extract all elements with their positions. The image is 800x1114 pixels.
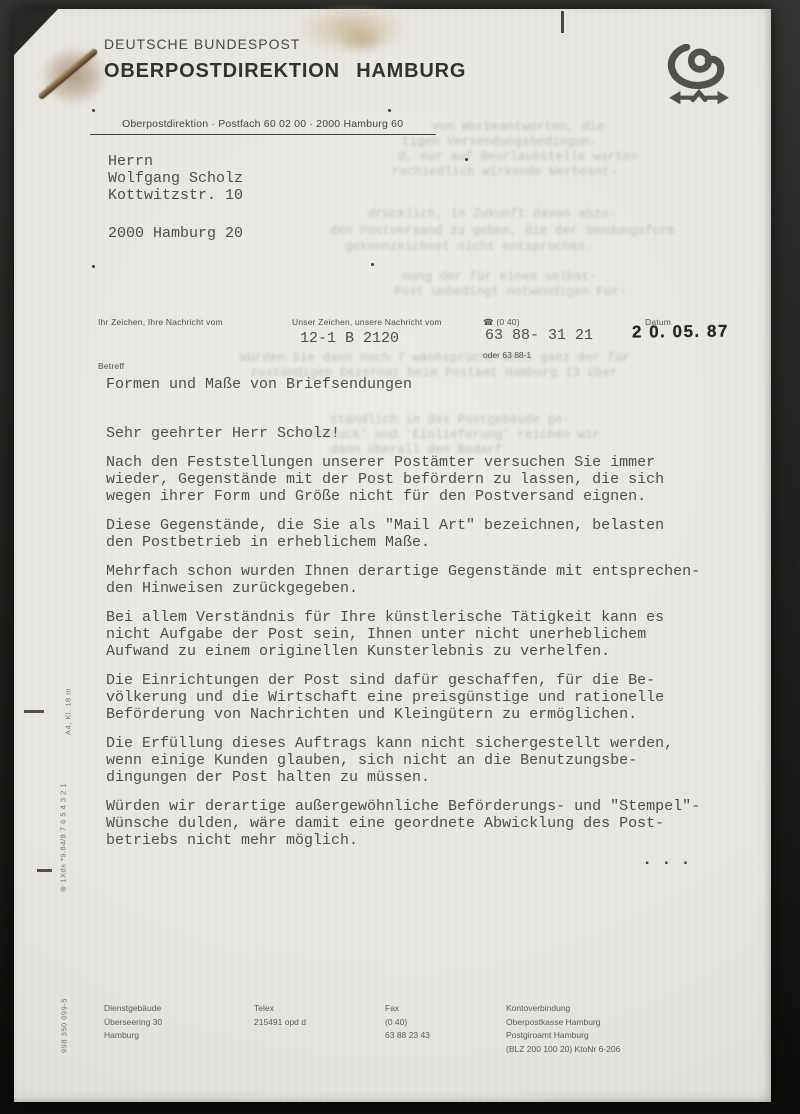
fold-mark bbox=[24, 710, 44, 713]
footer-line: Hamburg bbox=[104, 1029, 162, 1043]
rust-stain bbox=[40, 46, 108, 106]
fold-mark bbox=[37, 869, 52, 872]
footer-line: Kontoverbindung bbox=[506, 1002, 620, 1016]
margin-code-mid: ⊛ 1Xds *9.84/8 7 6 5 4 3 2 1 bbox=[59, 776, 68, 900]
paragraph-line: Nach den Feststellungen unserer Postämte… bbox=[106, 454, 706, 471]
margin-code-bottom: 998 350 099-5 bbox=[60, 998, 69, 1054]
our-ref-value: 12-1 B 2120 bbox=[300, 330, 399, 347]
footer-line: Überseering 30 bbox=[104, 1016, 162, 1030]
layout-dot-mark bbox=[465, 158, 468, 161]
footer-telex: Telex215491 opd d bbox=[254, 1002, 306, 1029]
posthorn-icon bbox=[666, 44, 732, 104]
paragraph: Diese Gegenstände, die Sie als "Mail Art… bbox=[106, 517, 706, 551]
subject-text: Formen und Maße von Briefsendungen bbox=[106, 376, 412, 393]
paper-stain bbox=[338, 26, 386, 54]
paragraph: Die Einrichtungen der Post sind dafür ge… bbox=[106, 672, 706, 723]
paragraph-line: Wünsche dulden, wäre damit eine geordnet… bbox=[106, 815, 706, 832]
paragraph-line: nicht Aufgabe der Post sein, Ihnen unter… bbox=[106, 626, 706, 643]
recipient-address-line: Herrn bbox=[108, 153, 243, 170]
layout-dot-mark bbox=[388, 109, 391, 112]
footer-line: Telex bbox=[254, 1002, 306, 1016]
our-ref-label: Unser Zeichen, unsere Nachricht vom bbox=[292, 317, 442, 327]
paragraph-line: wenn einige Kunden glauben, sich nicht a… bbox=[106, 752, 706, 769]
paragraph-line: völkerung und die Wirtschaft eine preisg… bbox=[106, 689, 706, 706]
letter-body: Sehr geehrter Herr Scholz! Nach den Fest… bbox=[106, 425, 706, 861]
org-name-large: OBERPOSTDIREKTION HAMBURG bbox=[104, 60, 466, 83]
footer-line: Fax bbox=[385, 1002, 430, 1016]
paragraph-line: Bei allem Verständnis für Ihre künstleri… bbox=[106, 609, 706, 626]
paragraph-line: Beförderung von Nachrichten und Kleingüt… bbox=[106, 706, 706, 723]
footer-line: Dienstgebäude bbox=[104, 1002, 162, 1016]
paragraph-line: den Postbetrieb in erheblichem Maße. bbox=[106, 534, 706, 551]
paragraph-line: Würden wir derartige außergewöhnliche Be… bbox=[106, 798, 706, 815]
paragraph-line: Mehrfach schon wurden Ihnen derartige Ge… bbox=[106, 563, 706, 580]
paragraph-line: wegen ihrer Form und Größe nicht für den… bbox=[106, 488, 706, 505]
your-ref-label: Ihr Zeichen, Ihre Nachricht vom bbox=[98, 317, 223, 327]
body-paragraphs: Nach den Feststellungen unserer Postämte… bbox=[106, 454, 706, 849]
paragraph-line: Die Erfüllung dieses Auftrags kann nicht… bbox=[106, 735, 706, 752]
paragraph: Würden wir derartige außergewöhnliche Be… bbox=[106, 798, 706, 849]
recipient-address: HerrnWolfgang ScholzKottwitzstr. 102000 … bbox=[108, 153, 243, 242]
footer-line: Oberpostkasse Hamburg bbox=[506, 1016, 620, 1030]
paragraph: Mehrfach schon wurden Ihnen derartige Ge… bbox=[106, 563, 706, 597]
paragraph-line: Diese Gegenstände, die Sie als "Mail Art… bbox=[106, 517, 706, 534]
footer-line: 215491 opd d bbox=[254, 1016, 306, 1030]
footer-fax: Fax(0 40)63 88 23 43 bbox=[385, 1002, 430, 1043]
paragraph-line: betriebs nicht mehr möglich. bbox=[106, 832, 706, 849]
footer-line: (0 40) bbox=[385, 1016, 430, 1030]
phone-value: 63 88- 31 21 bbox=[485, 327, 593, 344]
footer-bank-details: KontoverbindungOberpostkasse HamburgPost… bbox=[506, 1002, 620, 1056]
layout-dot-mark bbox=[92, 109, 95, 112]
continuation-mark: ... bbox=[642, 852, 700, 869]
footer-line: 63 88 23 43 bbox=[385, 1029, 430, 1043]
layout-dot-mark bbox=[92, 265, 95, 268]
paragraph: Die Erfüllung dieses Auftrags kann nicht… bbox=[106, 735, 706, 786]
footer-line: (BLZ 200 100 20) KtoNr 6-206 bbox=[506, 1043, 620, 1057]
salutation: Sehr geehrter Herr Scholz! bbox=[106, 425, 706, 442]
recipient-address-line: Kottwitzstr. 10 bbox=[108, 187, 243, 204]
footer-office-address: DienstgebäudeÜberseering 30Hamburg bbox=[104, 1002, 162, 1043]
paragraph-line: Die Einrichtungen der Post sind dafür ge… bbox=[106, 672, 706, 689]
paragraph-line: den Hinweisen zurückgegeben. bbox=[106, 580, 706, 597]
paragraph-line: dingungen der Post halten zu müssen. bbox=[106, 769, 706, 786]
paragraph-line: Aufwand zu einem originellen Kunsterlebn… bbox=[106, 643, 706, 660]
org-name-small: DEUTSCHE BUNDESPOST bbox=[104, 36, 300, 52]
phone-alt-value: oder 63 88-1 bbox=[483, 350, 531, 360]
margin-code-top: A4, Kl. 18 m bbox=[64, 684, 73, 740]
paper-corner-fold bbox=[14, 9, 58, 55]
paragraph-line: wieder, Gegenstände mit der Post beförde… bbox=[106, 471, 706, 488]
paragraph: Nach den Feststellungen unserer Postämte… bbox=[106, 454, 706, 505]
print-registration-mark bbox=[561, 11, 564, 33]
paragraph: Bei allem Verständnis für Ihre künstleri… bbox=[106, 609, 706, 660]
subject-label: Betreff bbox=[98, 361, 124, 371]
layout-dot-mark bbox=[371, 263, 374, 266]
footer-line: Postgiroamt Hamburg bbox=[506, 1029, 620, 1043]
recipient-address-line: 2000 Hamburg 20 bbox=[108, 225, 243, 242]
date-stamp: 2 0. 05. 87 bbox=[632, 321, 729, 342]
sender-return-address: Oberpostdirektion · Postfach 60 02 00 · … bbox=[90, 118, 436, 135]
recipient-address-line: Wolfgang Scholz bbox=[108, 170, 243, 187]
scanned-letter-page: von Werbeantworten, dietigen Versendungs… bbox=[0, 0, 800, 1114]
